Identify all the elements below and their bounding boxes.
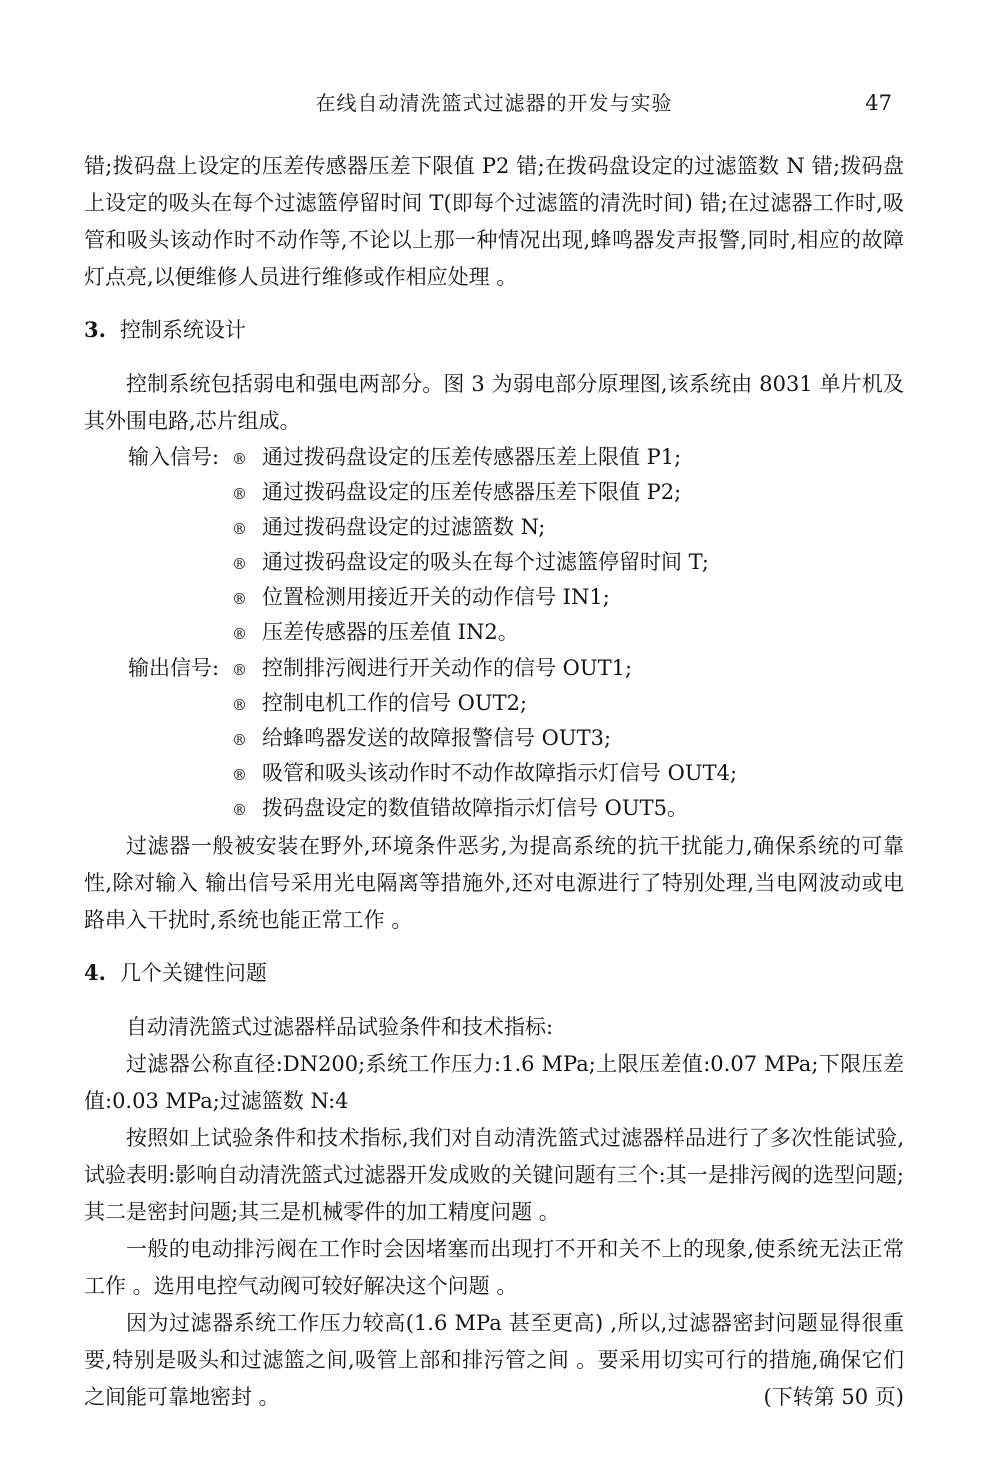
section-3-heading: 3.控制系统设计: [84, 311, 904, 349]
input-item-text: 压差传感器的压差值 IN2。: [262, 616, 904, 649]
running-head: 在线自动清洗篮式过滤器的开发与实验 47: [84, 90, 904, 116]
section-3-title: 控制系统设计: [120, 318, 246, 342]
output-item-text: 控制排污阀进行开关动作的信号 OUT1;: [262, 652, 904, 685]
page-number: 47: [865, 90, 892, 116]
registered-bullet-icon: ®: [232, 583, 262, 616]
list-item: ® 给蜂鸣器发送的故障报警信号 OUT3;: [84, 722, 904, 757]
input-item-text: 通过拨码盘设定的过滤篮数 N;: [262, 511, 904, 544]
input-signal-list: 输入信号: ® 通过拨码盘设定的压差传感器压差上限值 P1; ® 通过拨码盘设定…: [84, 441, 904, 651]
section-3-number: 3.: [84, 317, 106, 342]
input-item-text: 位置检测用接近开关的动作信号 IN1;: [262, 581, 904, 614]
registered-bullet-icon: ®: [232, 618, 262, 651]
input-item-text: 通过拨码盘设定的压差传感器压差下限值 P2;: [262, 476, 904, 509]
registered-bullet-icon: ®: [232, 724, 262, 757]
output-item-text: 吸管和吸头该动作时不动作故障指示灯信号 OUT4;: [262, 757, 904, 790]
output-signal-list: 输出信号: ® 控制排污阀进行开关动作的信号 OUT1; ® 控制电机工作的信号…: [84, 652, 904, 827]
section-4-paragraph-2: 过滤器公称直径:DN200;系统工作压力:1.6 MPa;上限压差值:0.07 …: [84, 1046, 904, 1120]
section-4-number: 4.: [84, 960, 106, 985]
output-item-text: 拨码盘设定的数值错故障指示灯信号 OUT5。: [262, 792, 904, 825]
input-item-text: 通过拨码盘设定的压差传感器压差上限值 P1;: [262, 441, 904, 474]
section-4-paragraph-3: 按照如上试验条件和技术指标,我们对自动清洗篮式过滤器样品进行了多次性能试验,试验…: [84, 1120, 904, 1231]
registered-bullet-icon: ®: [232, 443, 262, 476]
list-item: ® 控制电机工作的信号 OUT2;: [84, 687, 904, 722]
list-item: ® 通过拨码盘设定的吸头在每个过滤篮停留时间 T;: [84, 546, 904, 581]
registered-bullet-icon: ®: [232, 794, 262, 827]
output-signals-label: 输出信号:: [128, 652, 232, 685]
intro-paragraph: 错;拨码盘上设定的压差传感器压差下限值 P2 错;在拨码盘设定的过滤篮数 N 错…: [84, 148, 904, 296]
registered-bullet-icon: ®: [232, 478, 262, 511]
list-item: ® 通过拨码盘设定的过滤篮数 N;: [84, 511, 904, 546]
section-3-paragraph-1: 控制系统包括弱电和强电两部分。图 3 为弱电部分原理图,该系统由 8031 单片…: [84, 366, 904, 440]
list-item: ® 吸管和吸头该动作时不动作故障指示灯信号 OUT4;: [84, 757, 904, 792]
section-4-paragraph-4: 一般的电动排污阀在工作时会因堵塞而出现打不开和关不上的现象,使系统无法正常工作 …: [84, 1231, 904, 1305]
registered-bullet-icon: ®: [232, 689, 262, 722]
input-item-text: 通过拨码盘设定的吸头在每个过滤篮停留时间 T;: [262, 546, 904, 579]
running-head-title: 在线自动清洗篮式过滤器的开发与实验: [316, 91, 673, 115]
section-4-title: 几个关键性问题: [120, 961, 267, 985]
output-item-text: 给蜂鸣器发送的故障报警信号 OUT3;: [262, 722, 904, 755]
list-item: ® 位置检测用接近开关的动作信号 IN1;: [84, 581, 904, 616]
list-item: ® 拨码盘设定的数值错故障指示灯信号 OUT5。: [84, 792, 904, 827]
registered-bullet-icon: ®: [232, 654, 262, 687]
output-item-text: 控制电机工作的信号 OUT2;: [262, 687, 904, 720]
registered-bullet-icon: ®: [232, 548, 262, 581]
list-item: ® 压差传感器的压差值 IN2。: [84, 616, 904, 651]
registered-bullet-icon: ®: [232, 759, 262, 792]
paper-page: 在线自动清洗篮式过滤器的开发与实验 47 错;拨码盘上设定的压差传感器压差下限值…: [0, 0, 996, 1469]
continuation-note: (下转第 50 页): [764, 1379, 904, 1416]
section-4-paragraph-1: 自动清洗篮式过滤器样品试验条件和技术指标:: [84, 1009, 904, 1046]
registered-bullet-icon: ®: [232, 513, 262, 546]
closing-paragraph-wrap: 因为过滤器系统工作压力较高(1.6 MPa 甚至更高) ,所以,过滤器密封问题显…: [84, 1305, 904, 1416]
list-item: 输入信号: ® 通过拨码盘设定的压差传感器压差上限值 P1;: [84, 441, 904, 476]
article-body: 错;拨码盘上设定的压差传感器压差下限值 P2 错;在拨码盘设定的过滤篮数 N 错…: [84, 148, 904, 1416]
list-item: 输出信号: ® 控制排污阀进行开关动作的信号 OUT1;: [84, 652, 904, 687]
section-4-heading: 4.几个关键性问题: [84, 954, 904, 992]
input-signals-label: 输入信号:: [128, 441, 232, 474]
list-item: ® 通过拨码盘设定的压差传感器压差下限值 P2;: [84, 476, 904, 511]
section-3-paragraph-2: 过滤器一般被安装在野外,环境条件恶劣,为提高系统的抗干扰能力,确保系统的可靠性,…: [84, 828, 904, 939]
